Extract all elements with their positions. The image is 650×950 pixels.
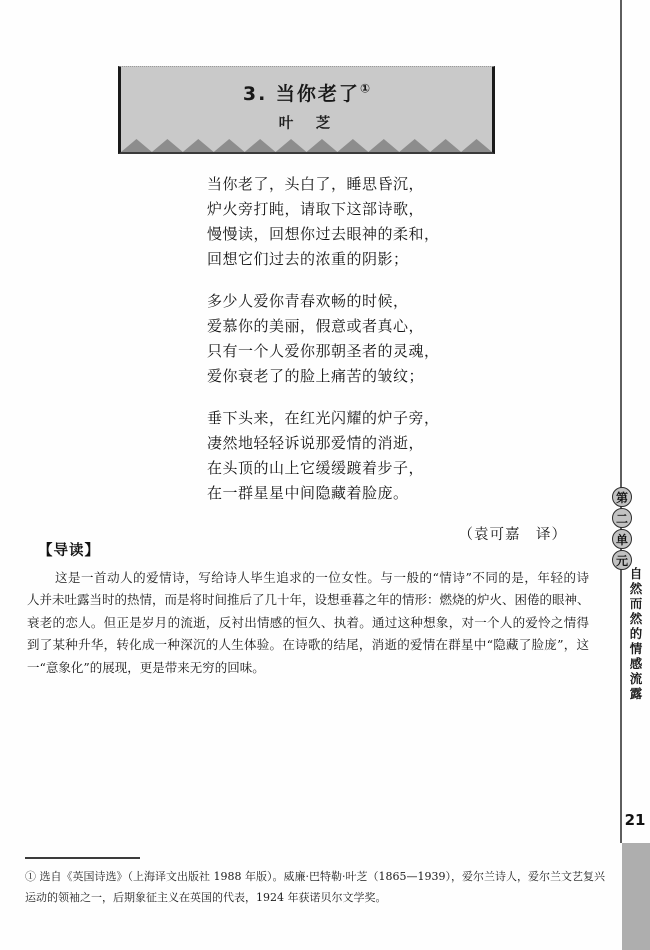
poem-line: 在头顶的山上它缓缓踱着步子，	[207, 456, 567, 481]
page-number: 21	[622, 811, 648, 829]
poem-stanza-3: 垂下头来，在红光闪耀的炉子旁， 凄然地轻轻诉说那爱情的消逝， 在头顶的山上它缓缓…	[207, 406, 567, 506]
poem-line: 慢慢读，回想你过去眼神的柔和，	[207, 222, 567, 247]
poem-line: 炉火旁打盹，请取下这部诗歌，	[207, 197, 567, 222]
poem-line: 爱慕你的美丽，假意或者真心，	[207, 314, 567, 339]
unit-badge-char: 单	[612, 529, 632, 549]
guide-line: 一“意象化”的展现，更是带来无穷的回味。	[27, 657, 589, 679]
footnote-line: ① 选自《英国诗选》（上海译文出版社 1988 年版）。威廉·巴特勒·叶芝（18…	[25, 866, 605, 887]
lesson-title-box: 3. 当你老了① 叶 芝	[118, 66, 495, 154]
guide-line: 衰老的恋人。但正是岁月的流逝，反衬出情感的恒久、执着。通过这种想象，对一个人的爱…	[27, 612, 589, 634]
poem-line: 当你老了，头白了，睡思昏沉，	[207, 172, 567, 197]
unit-badge-char: 元	[612, 550, 632, 570]
zigzag-border	[121, 138, 492, 152]
footnote-separator	[25, 857, 140, 859]
unit-badge-char: 二	[612, 508, 632, 528]
poem-line: 爱你衰老了的脸上痛苦的皱纹；	[207, 364, 567, 389]
lesson-title-text: 3. 当你老了	[243, 83, 360, 105]
author-name: 叶 芝	[121, 112, 492, 133]
footnote-marker: ①	[360, 82, 370, 96]
poem-line: 只有一个人爱你那朝圣者的灵魂，	[207, 339, 567, 364]
poem-stanza-1: 当你老了，头白了，睡思昏沉， 炉火旁打盹，请取下这部诗歌， 慢慢读，回想你过去眼…	[207, 172, 567, 272]
guide-line: 到了某种升华，转化成一种深沉的人生体验。在诗歌的结尾，消逝的爱情在群星中“隐藏了…	[27, 634, 589, 656]
page-edge-bar	[622, 843, 650, 950]
page-margin-rule	[620, 0, 622, 843]
reading-guide: 【导读】 这是一首动人的爱情诗，写给诗人毕生追求的一位女性。与一般的“情诗”不同…	[27, 539, 589, 679]
poem-line: 多少人爱你青春欢畅的时候，	[207, 289, 567, 314]
poem-line: 凄然地轻轻诉说那爱情的消逝，	[207, 431, 567, 456]
guide-line: 这是一首动人的爱情诗，写给诗人毕生追求的一位女性。与一般的“情诗”不同的是，年轻…	[27, 567, 589, 589]
poem-line: 垂下头来，在红光闪耀的炉子旁，	[207, 406, 567, 431]
guide-line: 人并未吐露当时的热情，而是将时间推后了几十年，设想垂暮之年的情形：燃烧的炉火、困…	[27, 589, 589, 611]
unit-badge-char: 第	[612, 487, 632, 507]
unit-badge: 第 二 单 元	[612, 487, 633, 570]
poem-line: 回想它们过去的浓重的阴影；	[207, 247, 567, 272]
lesson-title: 3. 当你老了①	[121, 79, 492, 106]
guide-header: 【导读】	[38, 539, 589, 560]
poem-stanza-2: 多少人爱你青春欢畅的时候， 爱慕你的美丽，假意或者真心， 只有一个人爱你那朝圣者…	[207, 289, 567, 389]
unit-theme-vertical-text: 自然而然的情感流露	[626, 567, 644, 702]
footnote: ① 选自《英国诗选》（上海译文出版社 1988 年版）。威廉·巴特勒·叶芝（18…	[25, 866, 605, 908]
footnote-line: 运动的领袖之一，后期象征主义在英国的代表，1924 年获诺贝尔文学奖。	[25, 887, 605, 908]
textbook-page: 3. 当你老了① 叶 芝 当你老了，头白了，睡思昏沉， 炉火旁打盹，请取下这部诗…	[0, 0, 650, 950]
poem: 当你老了，头白了，睡思昏沉， 炉火旁打盹，请取下这部诗歌， 慢慢读，回想你过去眼…	[207, 172, 567, 544]
poem-line: 在一群星星中间隐藏着脸庞。	[207, 481, 567, 506]
